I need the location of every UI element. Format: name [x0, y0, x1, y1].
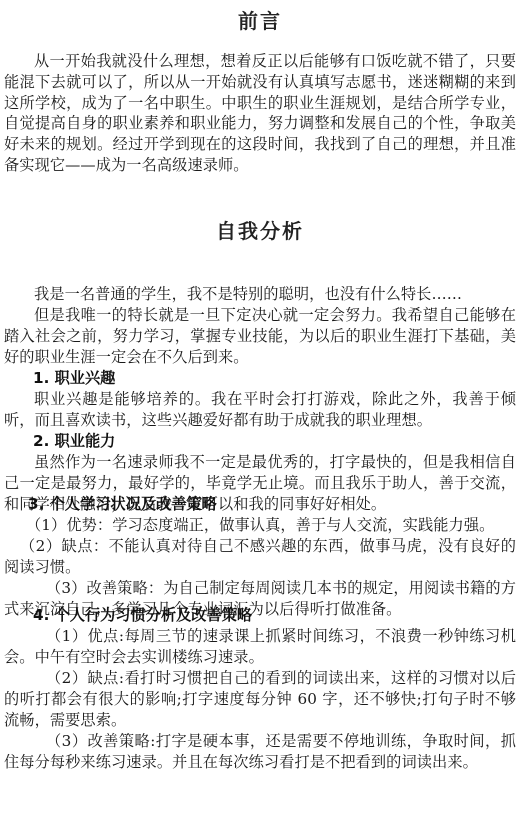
study-advantage: （1）优势：学习态度端正，做事认真，善于与人交流，实践能力强。 — [4, 515, 516, 536]
section-heading-study: 3. 个人学习状况及改善策略 — [28, 494, 217, 515]
habits-weakness: （2）缺点:看打时习惯把自己的看到的词读出来，这样的习惯对以后的听打都会有很大的… — [4, 668, 516, 730]
preface-paragraph: 从一开始我就没什么理想，想着反正以后能够有口饭吃就不错了，只要能混下去就可以了，… — [4, 51, 516, 176]
document-page: 前言 从一开始我就没什么理想，想着反正以后能够有口饭吃就不错了，只要能混下去就可… — [0, 0, 520, 835]
section-heading-habits: 4. 个人行为习惯分析及改善策略 — [33, 605, 252, 626]
section-heading-ability: 2. 职业能力 — [33, 431, 115, 452]
section-heading-interest: 1. 职业兴趣 — [33, 368, 115, 389]
habits-strategy: （3）改善策略:打字是硬本事，还是需要不停地训练，争取时间，抓住每分每秒来练习速… — [4, 731, 516, 773]
intro-paragraph-2: 但是我唯一的特长就是一旦下定决心就一定会努力。我希望自己能够在踏入社会之前，努力… — [4, 305, 516, 367]
section-paragraph-interest: 职业兴趣是能够培养的。我在平时会打打游戏，除此之外，我善于倾听，而且喜欢读书，这… — [4, 389, 516, 431]
habits-advantage: （1）优点:每周三节的速录课上抓紧时间练习，不浪费一秒钟练习机会。中午有空时会去… — [4, 626, 516, 668]
self-analysis-title: 自我分析 — [0, 215, 520, 244]
preface-title: 前言 — [0, 5, 520, 34]
study-weakness: （2）缺点：不能认真对待自己不感兴趣的东西，做事马虎，没有良好的阅读习惯。 — [4, 536, 516, 578]
intro-paragraph-1: 我是一名普通的学生，我不是特别的聪明，也没有什么特长…… — [4, 284, 516, 305]
